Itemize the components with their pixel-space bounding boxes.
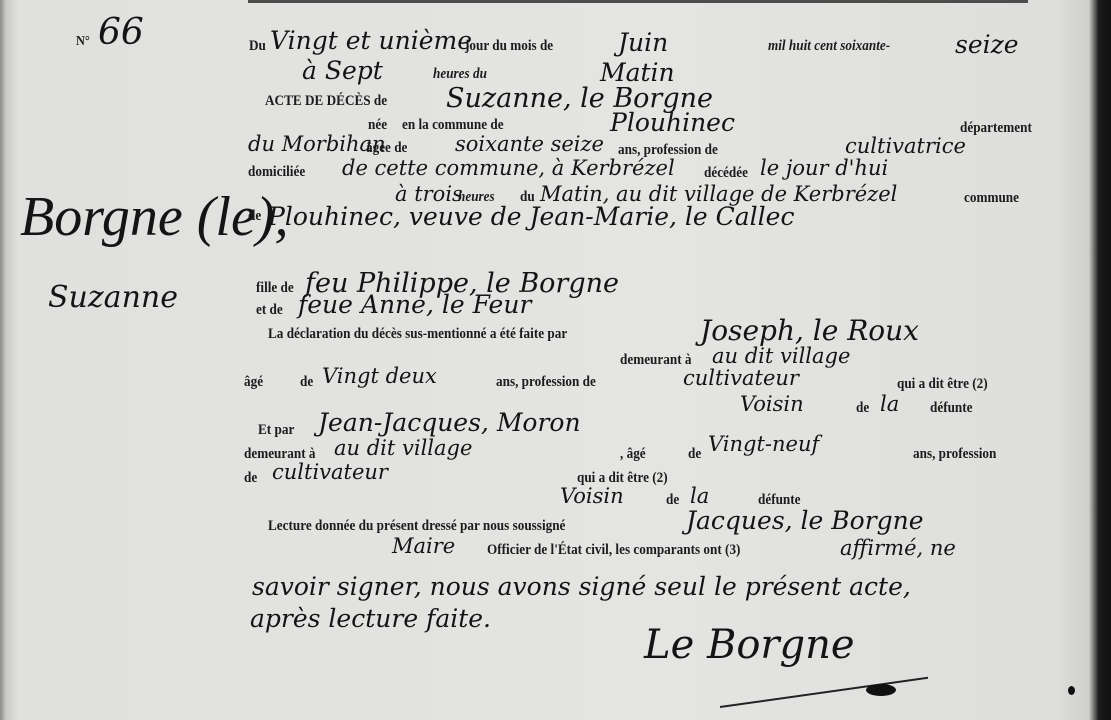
printed-text: mil huit cent soixante- bbox=[768, 38, 890, 55]
handwritten-officer-name: Jacques, le Borgne bbox=[686, 506, 924, 535]
printed-text: demeurant à bbox=[620, 352, 692, 369]
printed-text: ans, profession de bbox=[496, 374, 596, 391]
margin-given-name: Suzanne bbox=[48, 280, 178, 315]
printed-text: de bbox=[244, 470, 257, 487]
printed-text: heures du bbox=[433, 66, 487, 83]
handwritten-declarant-1-profession: cultivateur bbox=[683, 366, 799, 390]
handwritten-officer-title: Maire bbox=[392, 534, 455, 558]
ink-blot bbox=[866, 684, 896, 696]
printed-text: Officier de l'État civil, les comparants… bbox=[487, 542, 740, 559]
handwritten-text: la bbox=[690, 484, 709, 508]
handwritten-declarant-1-relation: Voisin bbox=[740, 392, 804, 416]
handwritten-text: affirmé, ne bbox=[840, 536, 956, 560]
printed-text: commune bbox=[964, 190, 1019, 207]
printed-text: Et par bbox=[258, 422, 294, 439]
handwritten-declarant-2-relation: Voisin bbox=[560, 484, 624, 508]
printed-text: de bbox=[688, 446, 701, 463]
printed-text: âgé bbox=[244, 374, 263, 391]
handwritten-birth-commune: Plouhinec bbox=[610, 108, 735, 137]
handwritten-widow-of: Plouhinec, veuve de Jean-Marie, le Calle… bbox=[268, 202, 794, 231]
printed-text: de bbox=[300, 374, 313, 391]
handwritten-hour: à Sept bbox=[302, 56, 383, 85]
printed-text: département bbox=[960, 120, 1032, 137]
handwritten-text: après lecture faite. bbox=[250, 604, 491, 633]
printed-text: et de bbox=[256, 302, 283, 319]
printed-text: fille de bbox=[256, 280, 294, 297]
act-title: ACTE DE DÉCÈS de bbox=[265, 93, 387, 110]
handwritten-text: savoir signer, nous avons signé seul le … bbox=[252, 572, 911, 601]
record-number-label: N° bbox=[76, 34, 90, 50]
handwritten-age: soixante seize bbox=[455, 132, 604, 156]
printed-text: âgée de bbox=[366, 140, 407, 157]
printed-text: qui a dit être (2) bbox=[897, 376, 988, 393]
printed-text: de bbox=[666, 492, 679, 509]
printed-text: de bbox=[248, 208, 261, 225]
handwritten-declarant-1-age: Vingt deux bbox=[322, 364, 437, 388]
handwritten-death-day: le jour d'hui bbox=[760, 156, 888, 180]
top-rule bbox=[248, 0, 1028, 3]
record-number: 66 bbox=[98, 12, 144, 53]
printed-text: décédée bbox=[704, 165, 748, 182]
scanned-document-page: N° 66 Borgne (le), Suzanne Du Vingt et u… bbox=[0, 0, 1111, 720]
handwritten-declarant-2-profession: cultivateur bbox=[272, 460, 388, 484]
signature-flourish bbox=[720, 677, 928, 708]
handwritten-day: Vingt et unième bbox=[270, 26, 472, 55]
printed-text: ans, profession bbox=[913, 446, 996, 463]
printed-text: jour du mois de bbox=[465, 38, 553, 55]
printed-text: Du bbox=[249, 38, 266, 55]
printed-text: de bbox=[856, 400, 869, 417]
handwritten-domicile: de cette commune, à Kerbrézel bbox=[342, 156, 675, 180]
handwritten-declarant-1: Joseph, le Roux bbox=[700, 314, 919, 347]
officer-signature: Le Borgne bbox=[644, 622, 855, 668]
handwritten-declarant-1-residence: au dit village bbox=[712, 344, 850, 368]
handwritten-month: Juin bbox=[618, 28, 668, 57]
printed-text: défunte bbox=[930, 400, 973, 417]
printed-text: Lecture donnée du présent dressé par nou… bbox=[268, 518, 565, 535]
printed-text: La déclaration du décès sus-mentionné a … bbox=[268, 326, 567, 343]
ink-speck bbox=[1068, 686, 1075, 695]
handwritten-year: seize bbox=[955, 30, 1019, 59]
handwritten-profession: cultivatrice bbox=[845, 134, 966, 158]
handwritten-declarant-2-age: Vingt-neuf bbox=[708, 432, 819, 456]
handwritten-text: la bbox=[880, 392, 899, 416]
handwritten-declarant-2: Jean-Jacques, Moron bbox=[318, 408, 581, 437]
printed-text: , âgé bbox=[620, 446, 646, 463]
handwritten-declarant-2-residence: au dit village bbox=[334, 436, 472, 460]
handwritten-mother: feue Anne, le Feur bbox=[298, 290, 531, 319]
printed-text: domiciliée bbox=[248, 164, 305, 181]
handwritten-department: du Morbihan bbox=[248, 132, 386, 156]
